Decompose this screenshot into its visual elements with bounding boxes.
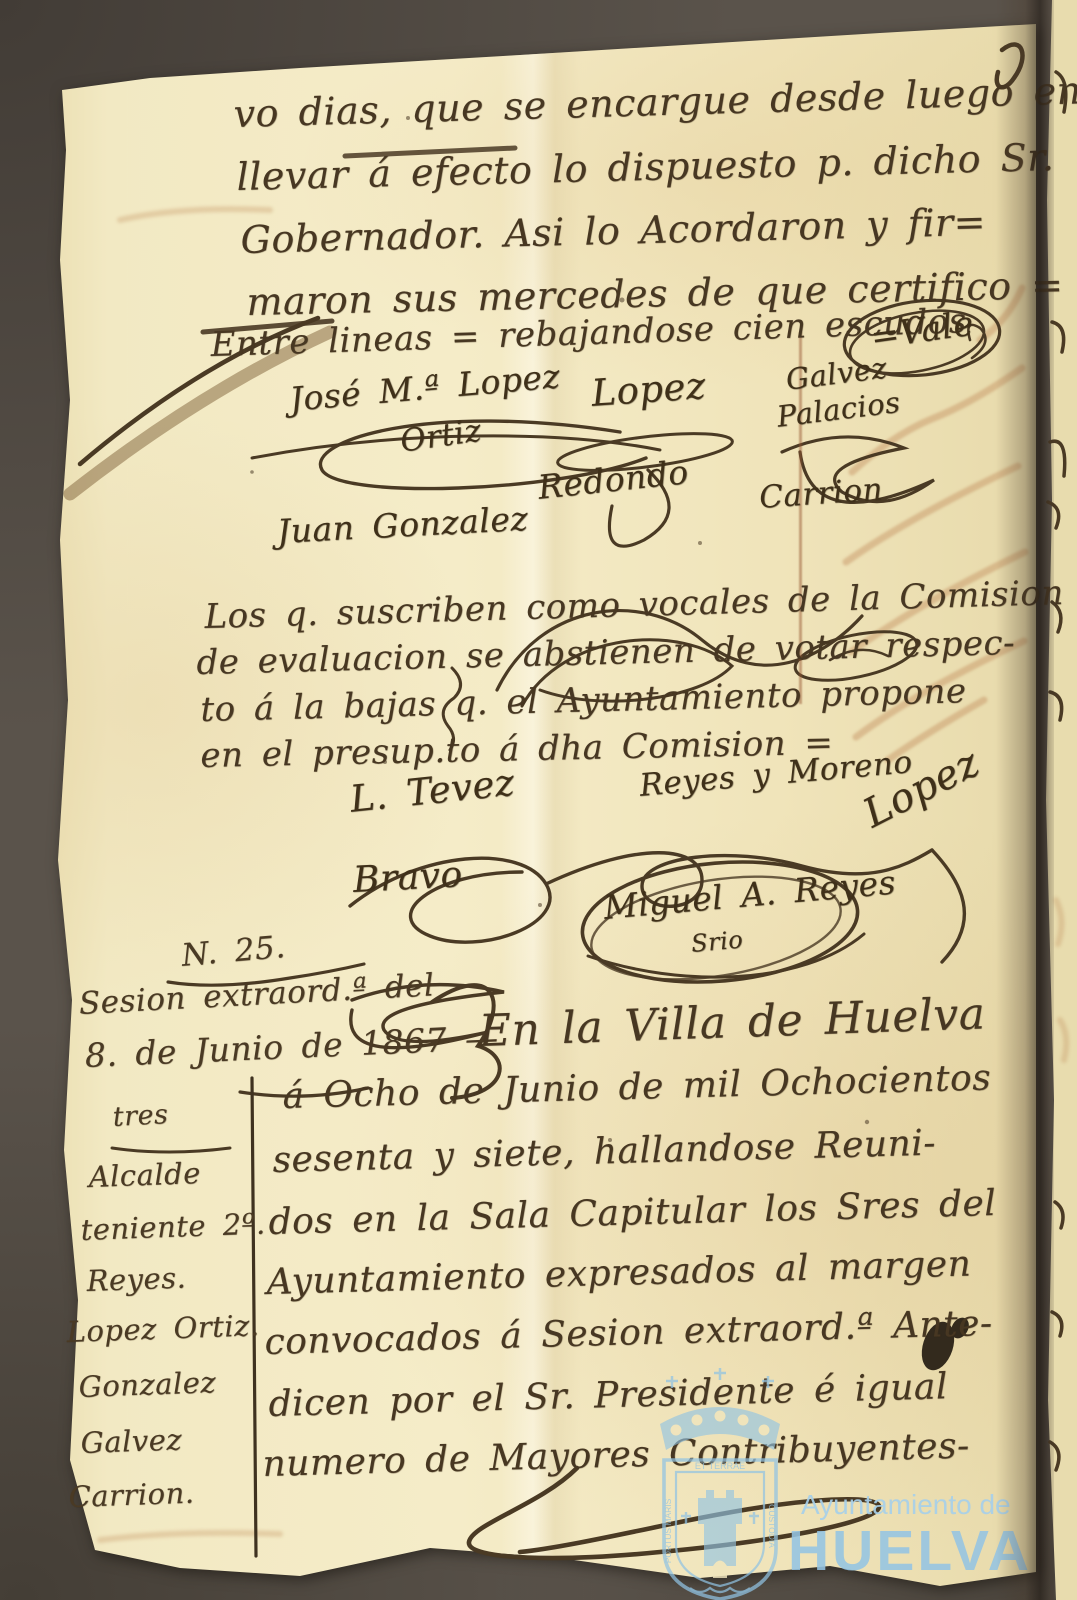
margin-attendee: Alcalde bbox=[88, 1156, 201, 1194]
margin-attendee: Reyes. bbox=[86, 1261, 187, 1298]
margin-attendee: Galvez bbox=[80, 1422, 183, 1460]
margin-attendee: teniente 2º. bbox=[80, 1207, 266, 1247]
page-gutter-shadow bbox=[996, 0, 1054, 1600]
margin-attendee: Gonzalez bbox=[78, 1365, 217, 1404]
signature-secretary-abbrev: Srio bbox=[690, 925, 744, 957]
signature-lopez: Lopez bbox=[590, 364, 707, 415]
margin-attendee: Lopez Ortiz. bbox=[66, 1308, 260, 1349]
signature-bravo: Bravo bbox=[352, 854, 464, 901]
watermark-ayuntamiento-label: Ayuntamiento de bbox=[801, 1489, 1011, 1521]
margin-attendee: tres bbox=[112, 1099, 169, 1133]
margin-attendee: Carrion. bbox=[68, 1476, 195, 1514]
document-scan: vo dias, que se encargue desde luego en … bbox=[0, 0, 1077, 1600]
